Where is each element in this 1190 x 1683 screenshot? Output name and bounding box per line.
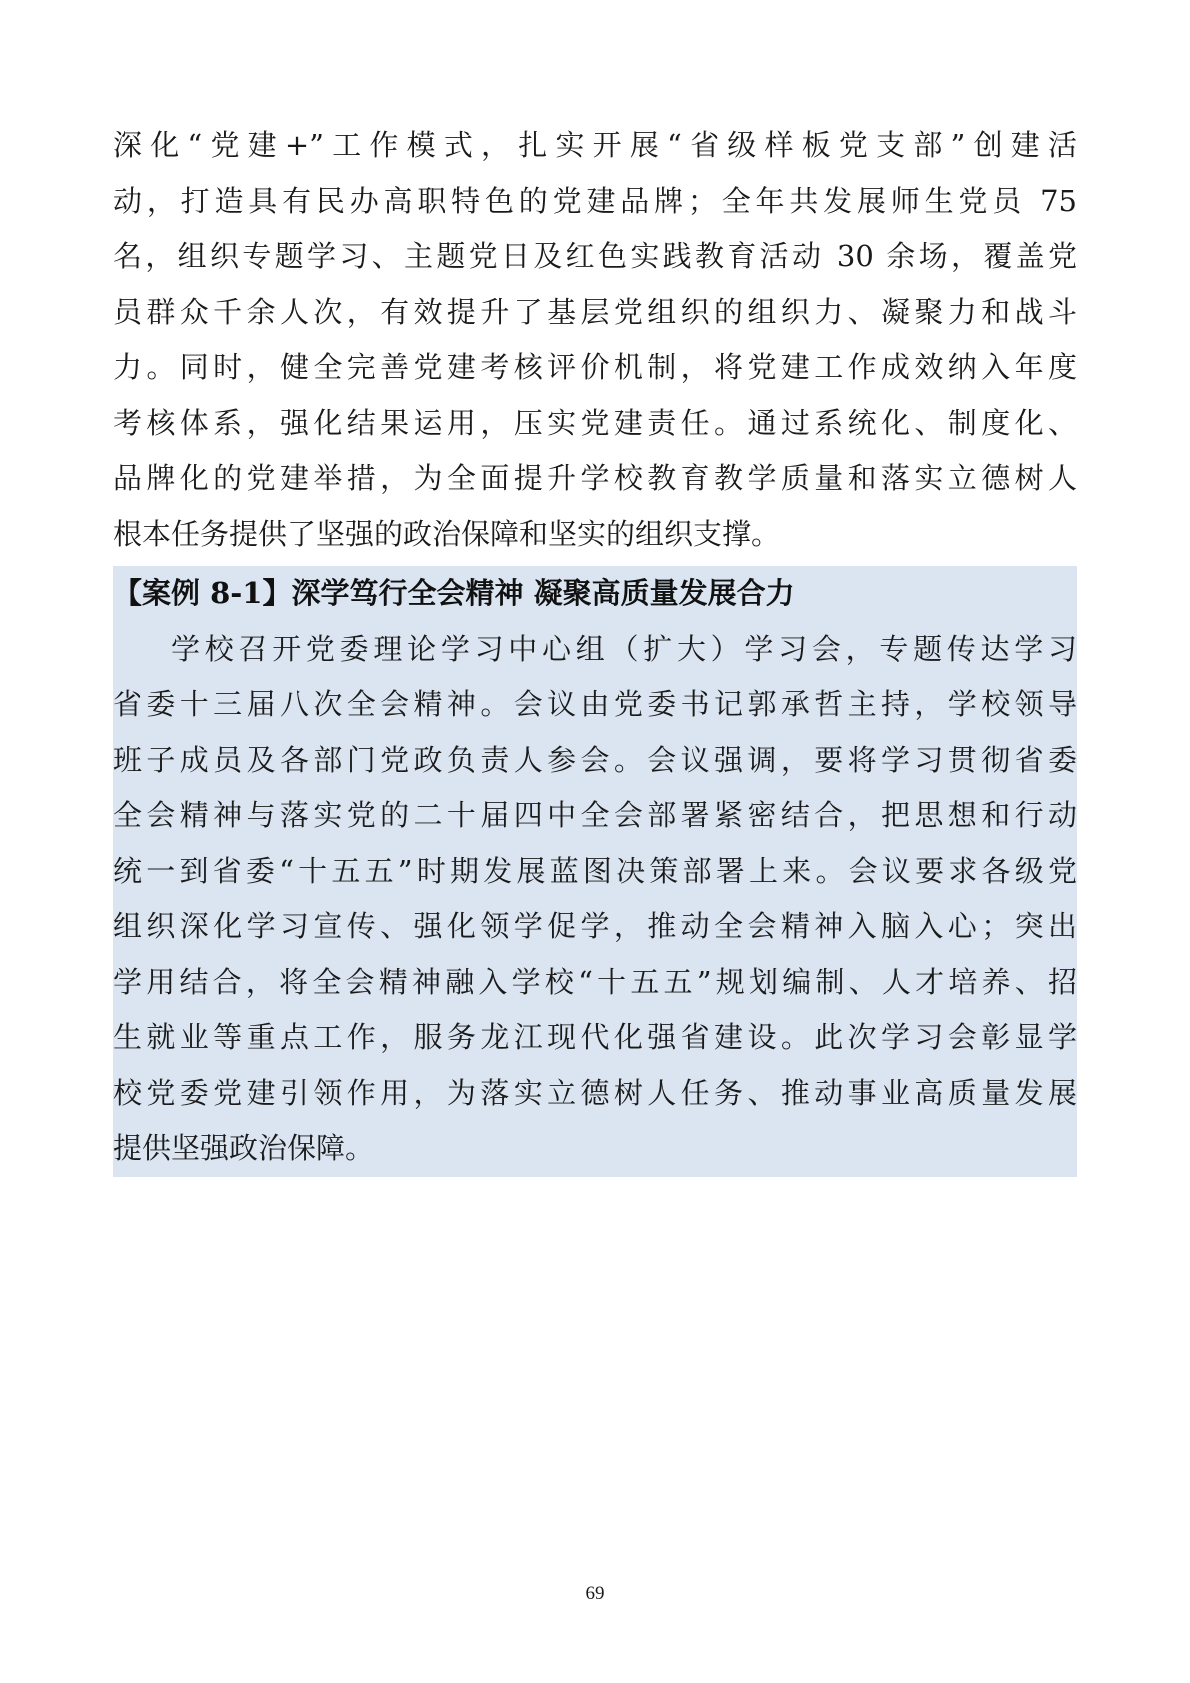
case-line: 统一到省委“十五五”时期发展蓝图决策部署上来。会议要求各级党 [113,844,1077,900]
case-line: 组织深化学习宣传、强化领学促学，推动全会精神入脑入心；突出 [113,899,1077,955]
case-line: 生就业等重点工作，服务龙江现代化强省建设。此次学习会彰显学 [113,1010,1077,1066]
case-title: 【案例 8-1】深学笃行全会精神 凝聚高质量发展合力 [113,566,1077,622]
case-line: 班子成员及各部门党政负责人参会。会议强调，要将学习贯彻省委 [113,733,1077,789]
paragraph-line: 根本任务提供了坚强的政治保障和坚实的组织支撑。 [113,507,1077,563]
paragraph-line: 动，打造具有民办高职特色的党建品牌；全年共发展师生党员 75 [113,174,1077,230]
page-content: 深化“党建+”工作模式，扎实开展“省级样板党支部”创建活 动，打造具有民办高职特… [113,118,1077,1177]
case-line: 学校召开党委理论学习中心组（扩大）学习会，专题传达学习 [113,622,1077,678]
paragraph-line: 名，组织专题学习、主题党日及红色实践教育活动 30 余场，覆盖党 [113,229,1077,285]
case-line: 省委十三届八次全会精神。会议由党委书记郭承哲主持，学校领导 [113,677,1077,733]
case-line: 全会精神与落实党的二十届四中全会部署紧密结合，把思想和行动 [113,788,1077,844]
case-line: 学用结合，将全会精神融入学校“十五五”规划编制、人才培养、招 [113,955,1077,1011]
paragraph-line: 考核体系，强化结果运用，压实党建责任。通过系统化、制度化、 [113,396,1077,452]
case-title-text: 深学笃行全会精神 凝聚高质量发展合力 [292,576,795,610]
paragraph-line: 深化“党建+”工作模式，扎实开展“省级样板党支部”创建活 [113,118,1077,174]
paragraph-line: 员群众千余人次，有效提升了基层党组织的组织力、凝聚力和战斗 [113,285,1077,341]
case-tag: 【案例 8-1】 [113,576,292,610]
paragraph-line: 力。同时，健全完善党建考核评价机制，将党建工作成效纳入年度 [113,340,1077,396]
paragraph-line: 品牌化的党建举措，为全面提升学校教育教学质量和落实立德树人 [113,451,1077,507]
body-paragraph: 深化“党建+”工作模式，扎实开展“省级样板党支部”创建活 动，打造具有民办高职特… [113,118,1077,562]
case-line: 提供坚强政治保障。 [113,1121,1077,1177]
case-line: 校党委党建引领作用，为落实立德树人任务、推动事业高质量发展 [113,1066,1077,1122]
page-number: 69 [0,1583,1190,1605]
case-study-box: 【案例 8-1】深学笃行全会精神 凝聚高质量发展合力 学校召开党委理论学习中心组… [113,566,1077,1177]
